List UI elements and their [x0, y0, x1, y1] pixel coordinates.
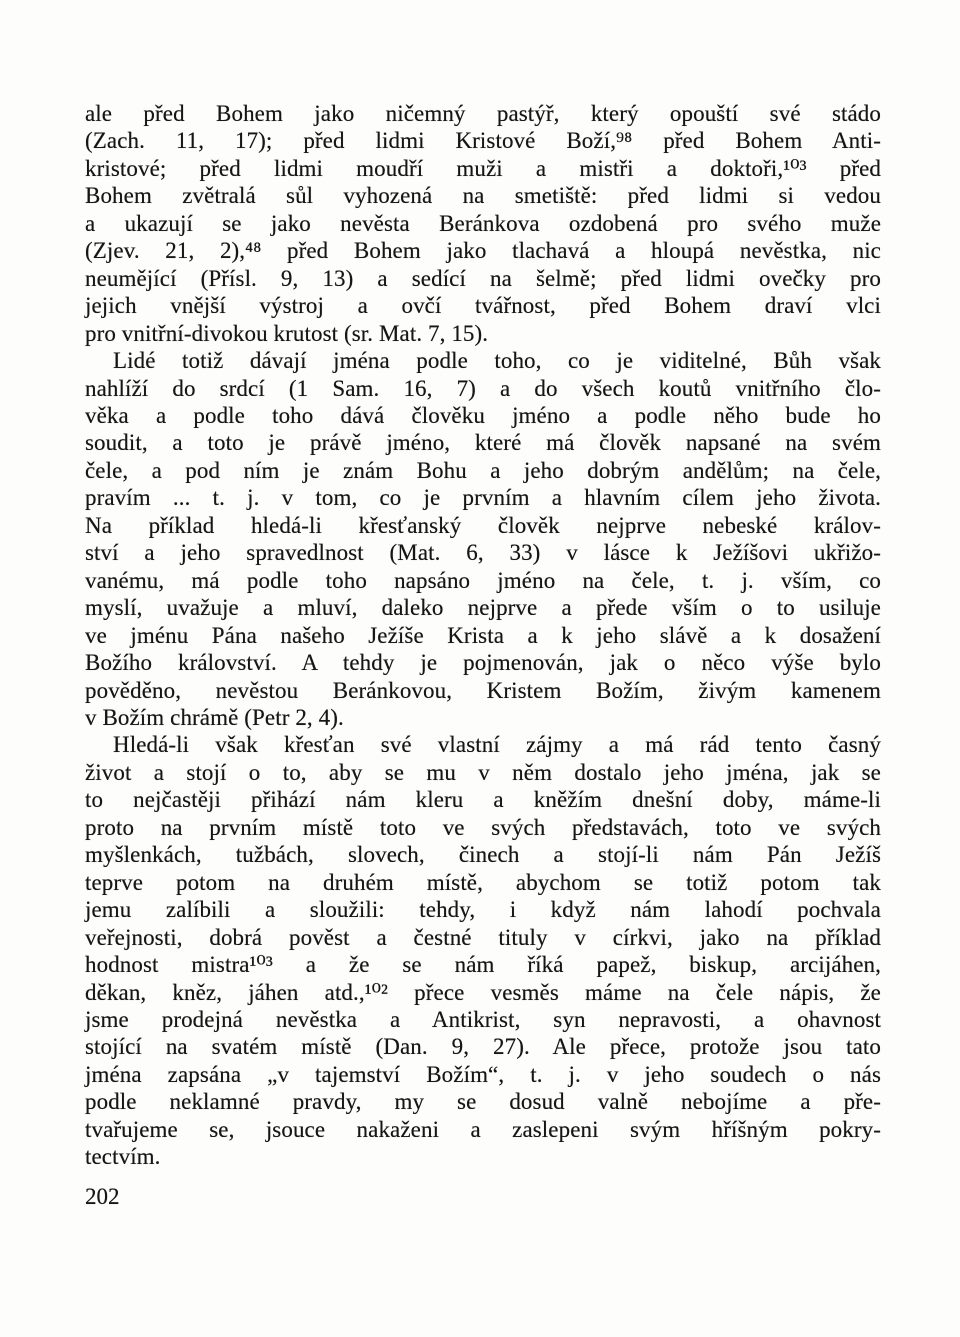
text-line: a ukazují se jako nevěsta Beránkova ozdo… [85, 210, 881, 237]
text-line: tectvím. [85, 1143, 881, 1170]
text-line: Bohem zvětralá sůl vyhozená na smetiště:… [85, 182, 881, 209]
text-line: stojící na svatém místě (Dan. 9, 27). Al… [85, 1033, 881, 1060]
text-line: myšlenkách, tužbách, slovech, činech a s… [85, 841, 881, 868]
text-line: soudit, a toto je právě jméno, které má … [85, 429, 881, 456]
text-line: jejich vnější výstroj a ovčí tvářnost, p… [85, 292, 881, 319]
text-line: život a stojí o to, aby se mu v něm dost… [85, 759, 881, 786]
text-line: jména zapsána „v tajemství Božím“, t. j.… [85, 1061, 881, 1088]
text-line: děkan, kněz, jáhen atd.,¹⁰² přece vesměs… [85, 979, 881, 1006]
page-number: 202 [85, 1184, 120, 1210]
text-line: ve jménu Pána našeho Ježíše Krista a k j… [85, 622, 881, 649]
text-line: (Zach. 11, 17); před lidmi Kristové Boží… [85, 127, 881, 154]
text-line: Na příklad hledá-li křesťanský člověk ne… [85, 512, 881, 539]
text-line: jsme prodejná nevěstka a Antikrist, syn … [85, 1006, 881, 1033]
text-line: podle neklamné pravdy, my se dosud valně… [85, 1088, 881, 1115]
text-line: ale před Bohem jako ničemný pastýř, kter… [85, 100, 881, 127]
text-line: myslí, uvažuje a mluví, daleko nejprve a… [85, 594, 881, 621]
text-block: ale před Bohem jako ničemný pastýř, kter… [85, 100, 881, 1171]
text-line: v Božím chrámě (Petr 2, 4). [85, 704, 881, 731]
text-line: tvařujeme se, jsouce nakaženi a zaslepen… [85, 1116, 881, 1143]
text-line: teprve potom na druhém místě, abychom se… [85, 869, 881, 896]
text-line: neumějící (Přísl. 9, 13) a sedící na šel… [85, 265, 881, 292]
text-line: ství a jeho spravedlnost (Mat. 6, 33) v … [85, 539, 881, 566]
text-line: pověděno, nevěstou Beránkovou, Kristem B… [85, 677, 881, 704]
text-line: Božího království. A tehdy je pojmenován… [85, 649, 881, 676]
text-line: čele, a pod ním je znám Bohu a jeho dobr… [85, 457, 881, 484]
text-line: nahlíží do srdcí (1 Sam. 16, 7) a do vše… [85, 375, 881, 402]
text-line: jemu zalíbili a sloužili: tehdy, i když … [85, 896, 881, 923]
text-line: proto na prvním místě toto ve svých před… [85, 814, 881, 841]
text-line: věka a podle toho dává člověku jméno a p… [85, 402, 881, 429]
text-line: pro vnitřní-divokou krutost (sr. Mat. 7,… [85, 320, 881, 347]
text-line: to nejčastěji přihází nám kleru a kněžím… [85, 786, 881, 813]
text-line: veřejnosti, dobrá pověst a čestné tituly… [85, 924, 881, 951]
text-line: vanému, má podle toho napsáno jméno na č… [85, 567, 881, 594]
text-line: hodnost mistra¹⁰³ a že se nám říká papež… [85, 951, 881, 978]
text-line: (Zjev. 21, 2),⁴⁸ před Bohem jako tlachav… [85, 237, 881, 264]
text-line: pravím ... t. j. v tom, co je prvním a h… [85, 484, 881, 511]
text-line: Lidé totiž dávají jména podle toho, co j… [85, 347, 881, 374]
book-page: ale před Bohem jako ničemný pastýř, kter… [0, 0, 960, 1337]
text-line: kristové; před lidmi moudří muži a mistř… [85, 155, 881, 182]
text-line: Hledá-li však křesťan své vlastní zájmy … [85, 731, 881, 758]
